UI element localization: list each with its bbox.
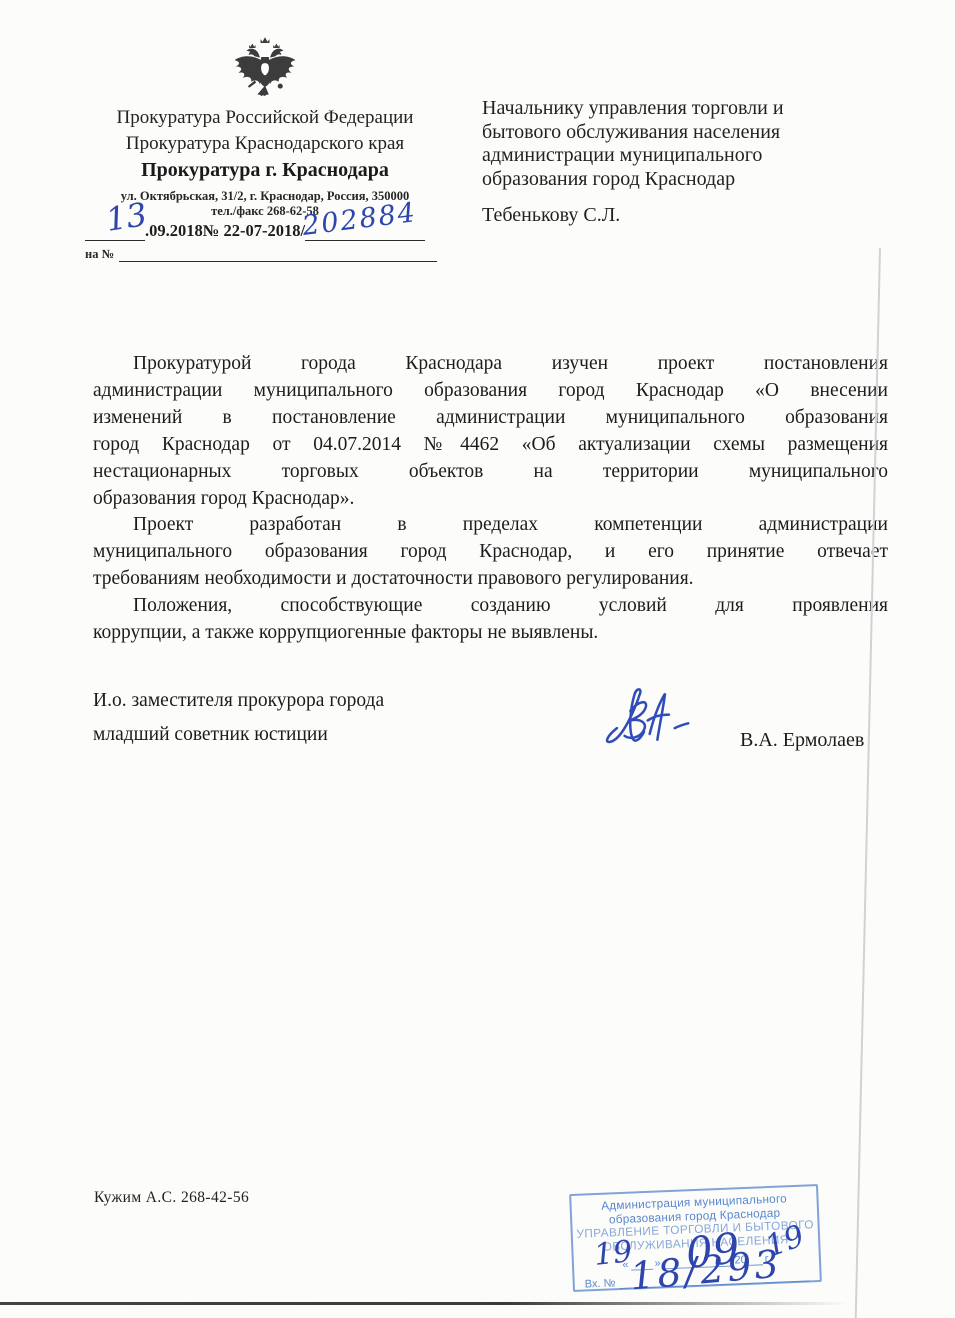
- body-line: Прокуратурой города Краснодара изучен пр…: [93, 351, 888, 378]
- body-line: требованиям необходимости и достаточност…: [93, 566, 888, 593]
- stamp-day-blank: [630, 1257, 653, 1271]
- date-day-blank: [85, 220, 145, 241]
- registration-stamp: Администрация муниципального образования…: [569, 1184, 822, 1292]
- outgoing-number-blank: [305, 220, 425, 241]
- stamp-quote-close: »: [654, 1257, 661, 1269]
- body-line: Проект разработан в пределах компетенции…: [93, 512, 888, 539]
- body-line: изменений в постановление администрации …: [93, 405, 888, 432]
- signer-position-line1: И.о. заместителя прокурора города: [93, 690, 384, 712]
- stamp-year-prefix: 20: [734, 1254, 747, 1266]
- stamp-reg-blank: [619, 1268, 810, 1289]
- stamp-year-suffix: г.: [765, 1253, 771, 1265]
- recipient-block: Начальнику управления торговли и бытовог…: [482, 97, 842, 228]
- reference-label: на №: [85, 247, 114, 262]
- stamp-year-blank: [749, 1252, 764, 1266]
- outgoing-date-line: .09.2018№ 22-07-2018/: [85, 219, 445, 241]
- body-line: город Краснодар от 04.07.2014 №4462 «Об …: [93, 432, 888, 459]
- scanned-letter-page: Прокуратура Российской Федерации Прокура…: [0, 0, 955, 1318]
- org-name-federation: Прокуратура Российской Федерации: [85, 105, 445, 131]
- reference-number-line: на №: [85, 246, 437, 262]
- letterhead: Прокуратура Российской Федерации Прокура…: [85, 36, 445, 219]
- recipient-name: Тебенькову С.Л.: [482, 204, 842, 228]
- recipient-line: образования город Краснодар: [482, 168, 842, 192]
- body-line: администрации муниципального образования…: [93, 378, 888, 405]
- org-name-krai: Прокуратура Краснодарского края: [85, 131, 445, 157]
- signer-position-line2: младший советник юстиции: [93, 724, 384, 746]
- recipient-line: Начальнику управления торговли и: [482, 97, 842, 121]
- body-line: муниципального образования город Краснод…: [93, 539, 888, 566]
- stamp-quote-open: «: [622, 1259, 629, 1271]
- org-address: ул. Октябрьская, 31/2, г. Краснодар, Рос…: [85, 189, 445, 204]
- ink-signature-icon: [588, 678, 694, 760]
- letter-body: Прокуратурой города Краснодара изучен пр…: [93, 351, 888, 647]
- body-line: Положения, способствующие созданию услов…: [93, 593, 888, 620]
- org-phone: тел./факс 268-62-58: [85, 204, 445, 219]
- executor-contact: Кужим А.С. 268-42-56: [94, 1189, 249, 1207]
- signer-position: И.о. заместителя прокурора города младши…: [93, 690, 384, 746]
- stamp-reg-label: Вх. №: [585, 1277, 616, 1290]
- russian-coat-of-arms-icon: [226, 36, 304, 102]
- reference-blank: [119, 247, 437, 262]
- stamp-month-blank: [662, 1254, 732, 1270]
- body-line: образования город Краснодар».: [93, 486, 888, 513]
- recipient-line: бытового обслуживания населения: [482, 121, 842, 145]
- scan-edge-line: [0, 1302, 848, 1305]
- recipient-line: администрации муниципального: [482, 144, 842, 168]
- date-number-printed: .09.2018№ 22-07-2018/: [145, 221, 305, 241]
- signer-name: В.А. Ермолаев: [740, 729, 864, 752]
- body-line: нестационарных торговых объектов на терр…: [93, 459, 888, 486]
- body-line: коррупции, а также коррупциогенные факто…: [93, 620, 888, 647]
- org-name-city: Прокуратура г. Краснодара: [85, 157, 445, 184]
